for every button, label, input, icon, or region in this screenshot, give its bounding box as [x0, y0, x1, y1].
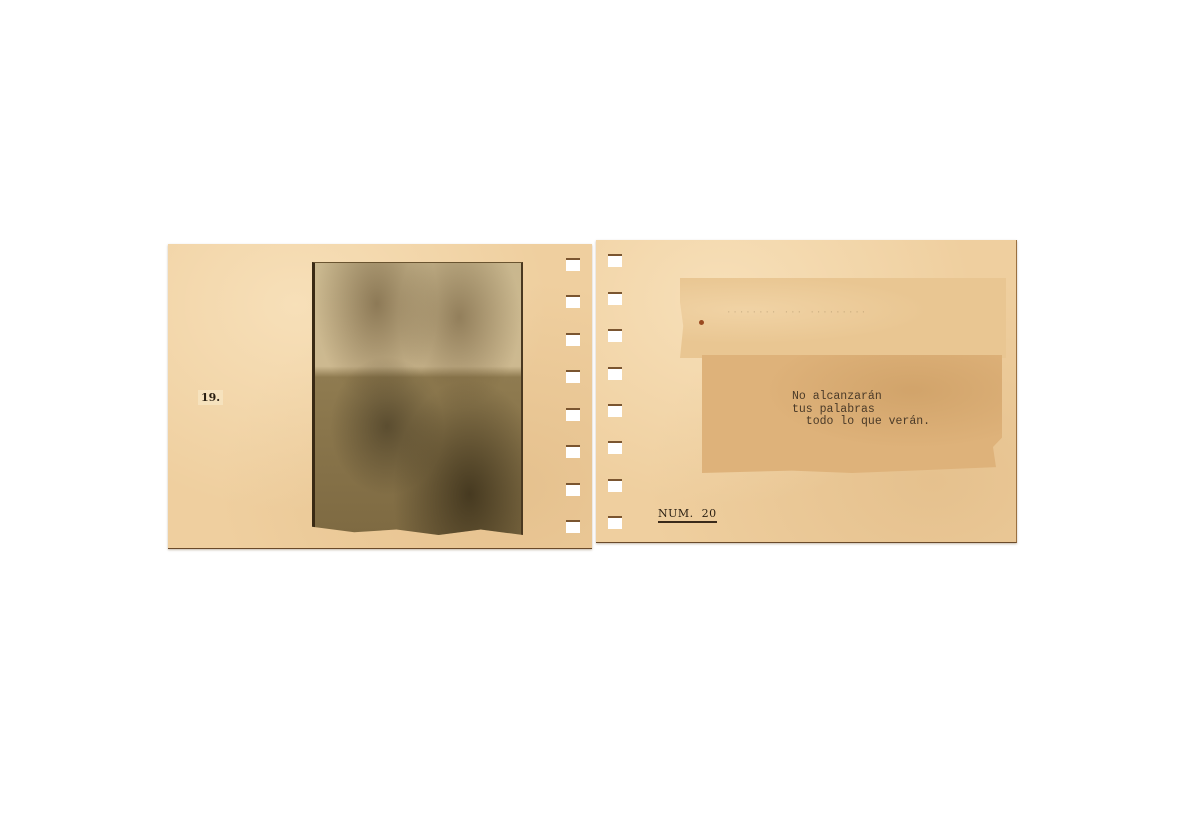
binding-hole	[608, 329, 622, 342]
binding-hole	[566, 483, 580, 496]
typewritten-poem: No alcanzarán tus palabras todo lo que v…	[792, 391, 930, 429]
binding-hole	[566, 258, 580, 271]
page-number-label: NUM. 20	[658, 507, 717, 523]
poem-line-3: todo lo que verán.	[792, 415, 930, 428]
binding-hole	[566, 408, 580, 421]
binding-hole	[566, 333, 580, 346]
binding-hole	[566, 295, 580, 308]
binding-hole	[566, 370, 580, 383]
rust-stain	[699, 320, 704, 325]
binding-hole	[608, 479, 622, 492]
binding-hole	[566, 445, 580, 458]
page-number-label: 19.	[198, 390, 223, 405]
binding-hole	[566, 520, 580, 533]
binding-hole	[608, 516, 622, 529]
paper-clipping-top	[680, 278, 1006, 358]
binding-hole	[608, 367, 622, 380]
poem-line-1: No alcanzarán	[792, 390, 882, 403]
sepia-landscape-photo	[312, 262, 523, 535]
poem-clipping: No alcanzarán tus palabras todo lo que v…	[702, 355, 1002, 473]
binding-hole	[608, 441, 622, 454]
binding-hole	[608, 292, 622, 305]
notebook-left-page: 19.	[168, 244, 592, 549]
binding-hole	[608, 254, 622, 267]
notebook-right-page: ········ ··· ········· No alcanzarán tus…	[596, 240, 1017, 543]
binding-hole	[608, 404, 622, 417]
faded-text: ········ ··· ·········	[726, 308, 867, 318]
poem-line-2: tus palabras	[792, 403, 875, 416]
